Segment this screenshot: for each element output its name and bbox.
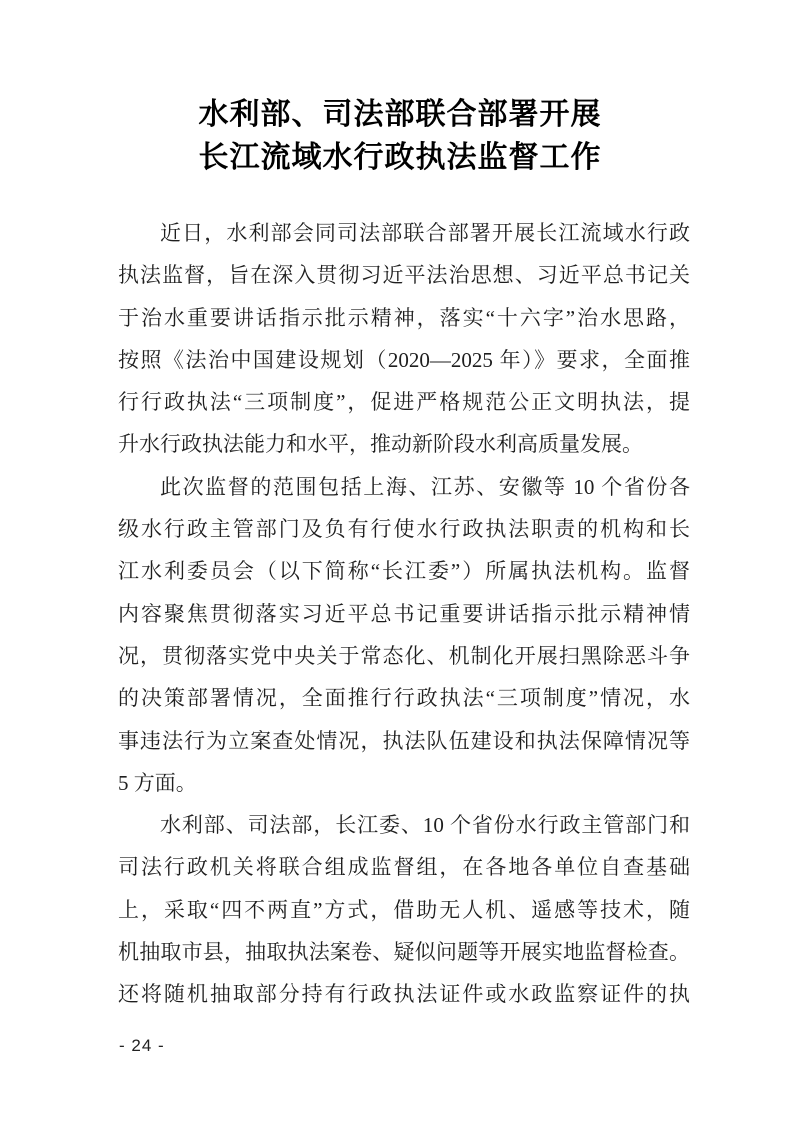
- document-body: 近日，水利部会同司法部联合部署开展长江流域水行政 执法监督，旨在深入贯彻习近平法…: [118, 212, 690, 1016]
- text-line: 按照《法治中国建设规划（2020—2025 年）》要求，全面推: [118, 339, 690, 381]
- text-line: 江水利委员会（以下简称“长江委”）所属执法机构。监督: [118, 550, 690, 592]
- text-line: 机抽取市县，抽取执法案卷、疑似问题等开展实地监督检查。: [118, 931, 690, 973]
- document-page: 水利部、司法部联合部署开展 长江流域水行政执法监督工作 近日，水利部会同司法部联…: [0, 0, 800, 1131]
- text-line: 此次监督的范围包括上海、江苏、安徽等 10 个省份各: [118, 466, 690, 508]
- text-line: 内容聚焦贯彻落实习近平总书记重要讲话指示批示精神情: [118, 593, 690, 635]
- text-line: 司法行政机关将联合组成监督组，在各地各单位自查基础: [118, 846, 690, 888]
- text-line: 5 方面。: [118, 762, 690, 804]
- page-number: - 24 -: [119, 1036, 165, 1056]
- text-line: 于治水重要讲话指示批示精神，落实“十六字”治水思路，: [118, 297, 690, 339]
- text-line: 还将随机抽取部分持有行政执法证件或水政监察证件的执: [118, 973, 690, 1015]
- text-line: 的决策部署情况，全面推行行政执法“三项制度”情况，水: [118, 677, 690, 719]
- text-line: 升水行政执法能力和水平，推动新阶段水利高质量发展。: [118, 423, 690, 465]
- text-line: 水利部、司法部，长江委、10 个省份水行政主管部门和: [118, 804, 690, 846]
- paragraph-1: 近日，水利部会同司法部联合部署开展长江流域水行政 执法监督，旨在深入贯彻习近平法…: [118, 212, 690, 466]
- text-line: 况，贯彻落实党中央关于常态化、机制化开展扫黑除恶斗争: [118, 635, 690, 677]
- document-title-line-2: 长江流域水行政执法监督工作: [0, 136, 800, 179]
- document-title: 水利部、司法部联合部署开展 长江流域水行政执法监督工作: [0, 93, 800, 179]
- document-title-line-1: 水利部、司法部联合部署开展: [0, 93, 800, 136]
- paragraph-3: 水利部、司法部，长江委、10 个省份水行政主管部门和 司法行政机关将联合组成监督…: [118, 804, 690, 1015]
- text-line: 执法监督，旨在深入贯彻习近平法治思想、习近平总书记关: [118, 254, 690, 296]
- text-line: 上，采取“四不两直”方式，借助无人机、遥感等技术，随: [118, 889, 690, 931]
- text-line: 事违法行为立案查处情况，执法队伍建设和执法保障情况等: [118, 720, 690, 762]
- text-line: 级水行政主管部门及负有行使水行政执法职责的机构和长: [118, 508, 690, 550]
- text-line: 行行政执法“三项制度”，促进严格规范公正文明执法，提: [118, 381, 690, 423]
- paragraph-2: 此次监督的范围包括上海、江苏、安徽等 10 个省份各 级水行政主管部门及负有行使…: [118, 466, 690, 804]
- text-line: 近日，水利部会同司法部联合部署开展长江流域水行政: [118, 212, 690, 254]
